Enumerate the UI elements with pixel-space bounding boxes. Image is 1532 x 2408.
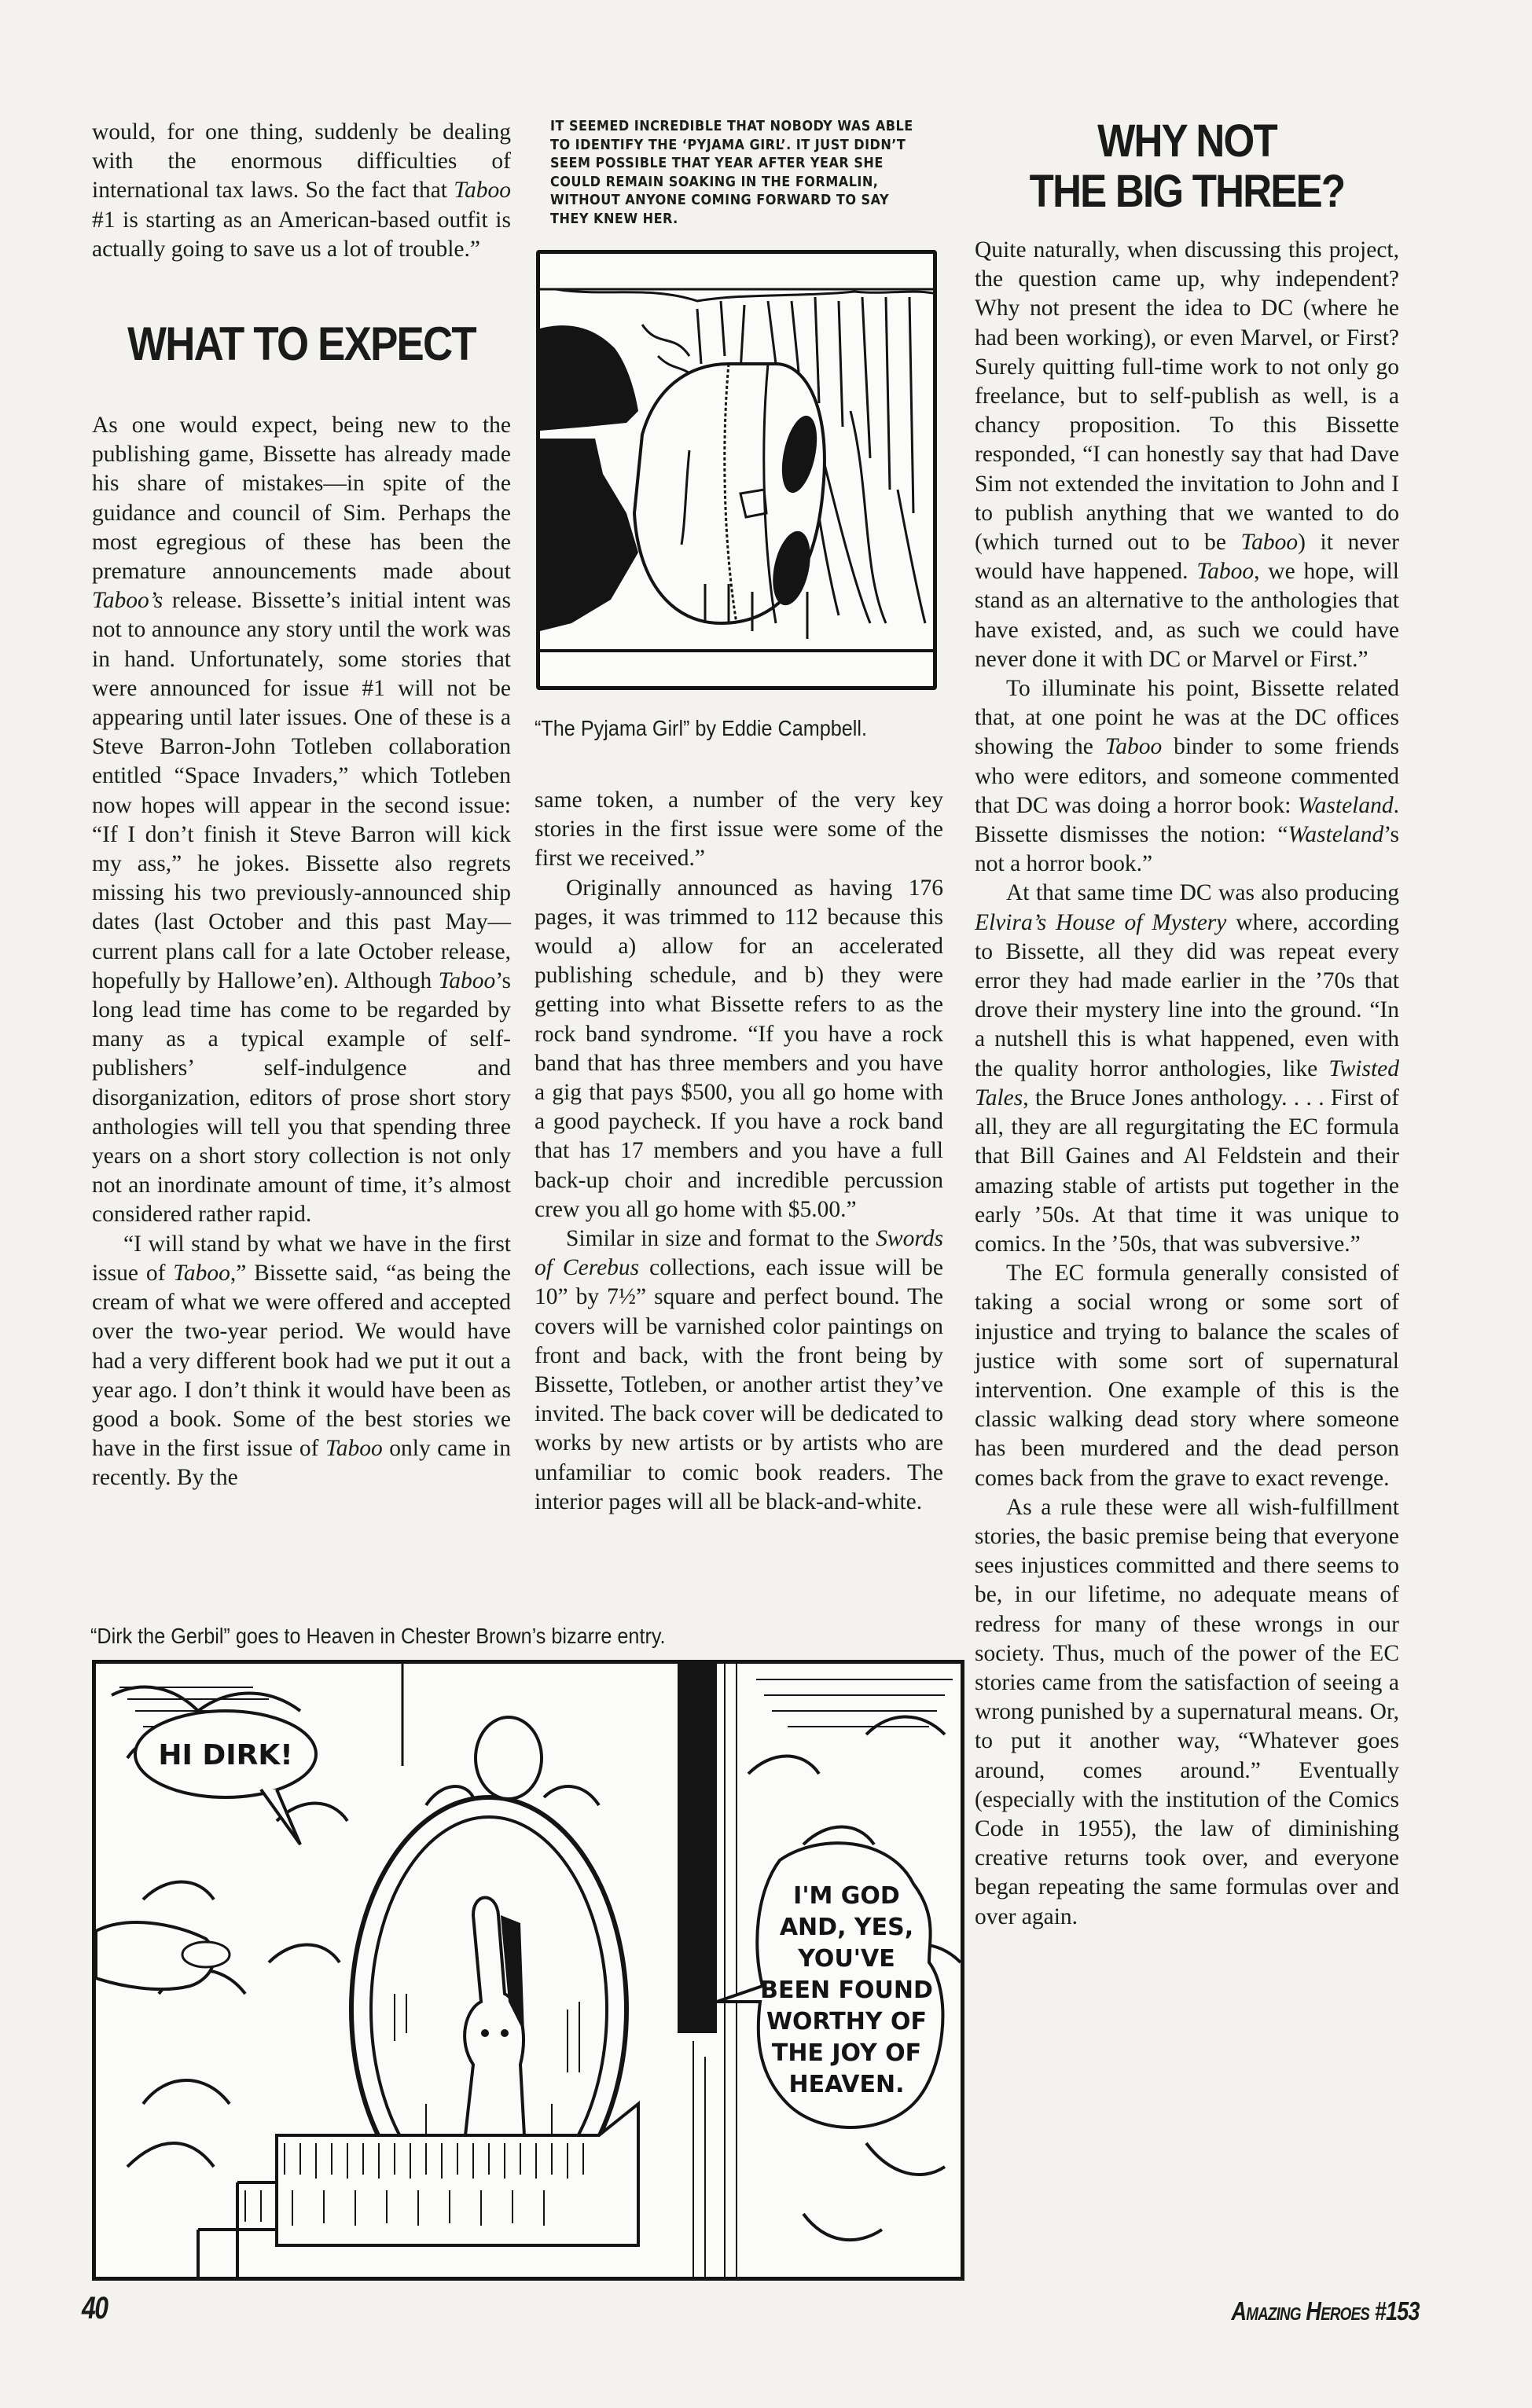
paragraph: Originally announced as having 176 pages… xyxy=(535,874,943,1224)
text-run: #1 is starting as an Amer­ican-based out… xyxy=(92,207,511,262)
paragraph: As one would expect, being new to the pu… xyxy=(92,411,511,1230)
title-elviras-house-of-mystery: Elvira’s House of Mystery xyxy=(975,910,1226,935)
caption-pyjama-girl: “The Pyjama Girl” by Eddie Campbell. xyxy=(535,715,867,742)
column-3-body: Quite naturally, when discussing this pr… xyxy=(975,236,1399,1932)
paragraph: The EC formula generally consisted of ta… xyxy=(975,1259,1399,1493)
bubble-im-god: I'M GOD AND, YES, YOU'VE BEEN FOUND WORT… xyxy=(760,1882,933,2098)
column-1-body: As one would expect, being new to the pu… xyxy=(92,411,511,1493)
bubble-line: I'M GOD xyxy=(793,1882,900,1910)
pyjama-girl-illustration xyxy=(540,254,933,686)
bubble-line: HEAVEN. xyxy=(789,2071,905,2098)
dirk-heaven-illustration: HI DIRK! xyxy=(96,1664,961,2277)
caption-dirk-the-gerbil: “Dirk the Gerbil” goes to Heaven in Ches… xyxy=(90,1623,666,1650)
paragraph: Similar in size and format to the Swords… xyxy=(535,1224,943,1517)
text-run: , the Bruce Jones an­thology. . . . Firs… xyxy=(975,1085,1399,1257)
paragraph: “I will stand by what we have in the fir… xyxy=(92,1230,511,1493)
title-taboo: Taboo’s xyxy=(92,588,163,613)
text-run: Quite naturally, when discussing this pr… xyxy=(975,237,1399,555)
heading-why-not-big-three: WHY NOT THE BIG THREE? xyxy=(1000,116,1373,217)
paragraph: Quite naturally, when discussing this pr… xyxy=(975,236,1399,674)
bubble-line: THE JOY OF xyxy=(772,2039,921,2067)
title-wasteland: Waste­land xyxy=(1288,822,1383,847)
comic-lettering-pyjama-girl: It seemed incredible that nobody was abl… xyxy=(550,118,926,229)
title-taboo: Taboo xyxy=(439,968,496,993)
comic-panel-pyjama-girl xyxy=(536,250,937,690)
column-1: would, for one thing, suddenly be dealin… xyxy=(92,118,511,264)
bubble-hi-dirk: HI DIRK! xyxy=(158,1739,292,1771)
paragraph: At that same time DC was also pro­ducing… xyxy=(975,879,1399,1259)
paragraph: As a rule these were all wish-fulfillmen… xyxy=(975,1493,1399,1932)
bubble-line: BEEN FOUND xyxy=(760,1977,933,2004)
paragraph: To illuminate his point, Bissette relate… xyxy=(975,674,1399,879)
text-run: ,” Bissette said, “as being the cream of… xyxy=(92,1261,511,1461)
heading-what-to-expect: WHAT TO EXPECT xyxy=(117,318,486,370)
title-wasteland: Wasteland xyxy=(1298,793,1394,818)
magazine-issue: Amazing Heroes #153 xyxy=(1232,2296,1420,2326)
title-taboo: Taboo xyxy=(173,1261,230,1286)
heading-line: THE BIG THREE? xyxy=(1000,167,1373,217)
text-run: ’s long lead time has come to be regarde… xyxy=(92,968,511,1228)
paragraph: same token, a number of the very key sto… xyxy=(535,786,943,874)
text-run: As one would expect, being new to the pu… xyxy=(92,413,511,584)
title-taboo: Taboo xyxy=(454,178,511,203)
bubble-line: WORTHY OF xyxy=(766,2008,927,2035)
title-taboo: Taboo xyxy=(1240,530,1298,555)
text-run: release. Bissette’s initial intent was n… xyxy=(92,588,511,993)
title-taboo: Taboo xyxy=(325,1436,383,1461)
text-run: collections, each issue will be 10” by 7… xyxy=(535,1255,943,1514)
intro-paragraph: would, for one thing, suddenly be dealin… xyxy=(92,118,511,264)
comic-panel-dirk-the-gerbil: HI DIRK! xyxy=(92,1660,964,2281)
text-run: would, for one thing, suddenly be dealin… xyxy=(92,119,511,203)
page-number: 40 xyxy=(82,2291,107,2326)
text-run: Similar in size and format to the xyxy=(566,1226,876,1251)
text-run: At that same time DC was also pro­ducing xyxy=(1006,880,1399,905)
heading-line: WHY NOT xyxy=(1000,116,1373,167)
title-taboo: Taboo xyxy=(1105,734,1163,759)
title-taboo: Taboo xyxy=(1196,559,1254,584)
bubble-line: YOU'VE xyxy=(797,1945,895,1973)
column-2-body: same token, a number of the very key sto… xyxy=(535,786,943,1517)
bubble-line: AND, YES, xyxy=(780,1914,913,1941)
